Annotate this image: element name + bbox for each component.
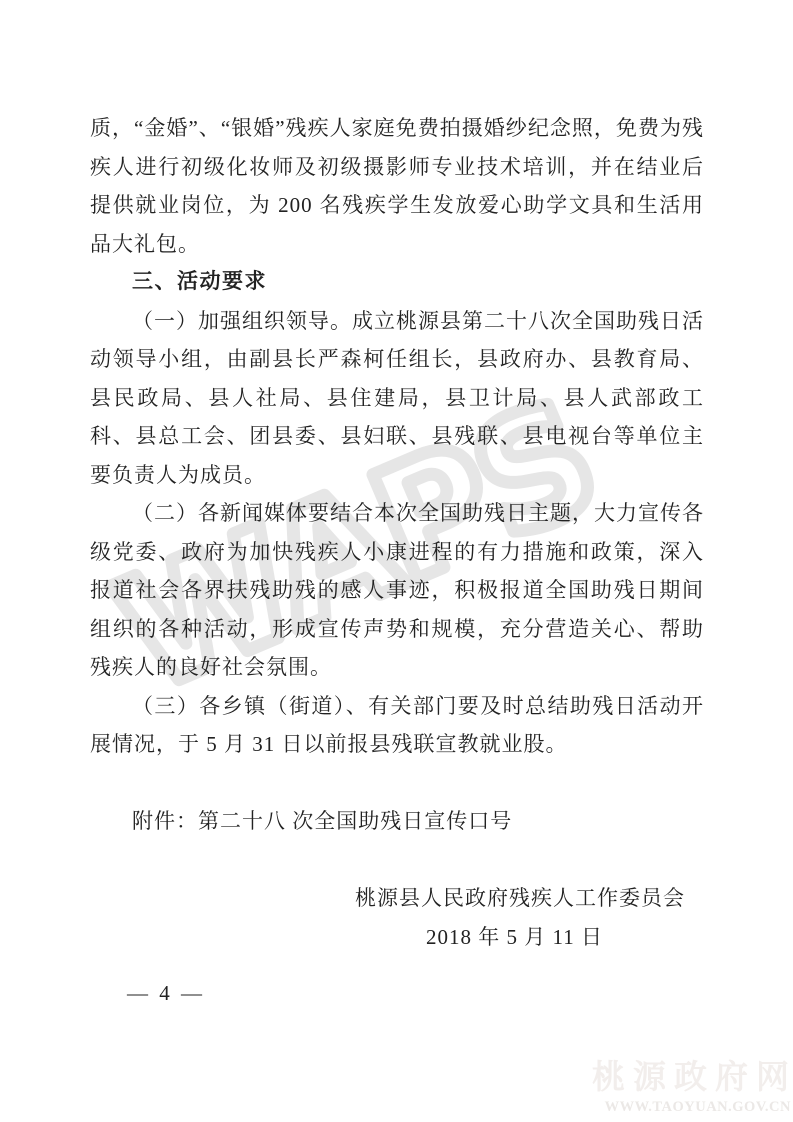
site-watermark-name: 桃源政府网 (592, 1051, 793, 1098)
signature-date: 2018 年 5 月 11 日 (90, 918, 704, 957)
attachment-line: 附件：第二十八 次全国助残日宣传口号 (90, 802, 704, 841)
site-watermark-url: WWW.TAOYUAN.GOV.CN (592, 1099, 791, 1116)
document-page: WAPS 质，“金婚”、“银婚”残疾人家庭免费拍摄婚纱纪念照，免费为残疾人进行初… (0, 0, 793, 1122)
paragraph-item-two: （二）各新闻媒体要结合本次全国助残日主题，大力宣传各级党委、政府为加快残疾人小康… (90, 494, 704, 687)
site-watermark: 桃源政府网 WWW.TAOYUAN.GOV.CN (592, 1051, 791, 1116)
section-heading-activity-requirements: 三、活动要求 (90, 263, 704, 302)
paragraph-continuation: 质，“金婚”、“银婚”残疾人家庭免费拍摄婚纱纪念照，免费为残疾人进行初级化妆师及… (90, 109, 704, 263)
signature-committee: 桃源县人民政府残疾人工作委员会 (90, 879, 704, 918)
document-body: 质，“金婚”、“银婚”残疾人家庭免费拍摄婚纱纪念照，免费为残疾人进行初级化妆师及… (90, 109, 704, 956)
page-number: — 4 — (127, 981, 205, 1006)
paragraph-item-one: （一）加强组织领导。成立桃源县第二十八次全国助残日活动领导小组，由副县长严森柯任… (90, 302, 704, 495)
paragraph-item-three: （三）各乡镇（街道）、有关部门要及时总结助残日活动开展情况，于 5 月 31 日… (90, 687, 704, 764)
